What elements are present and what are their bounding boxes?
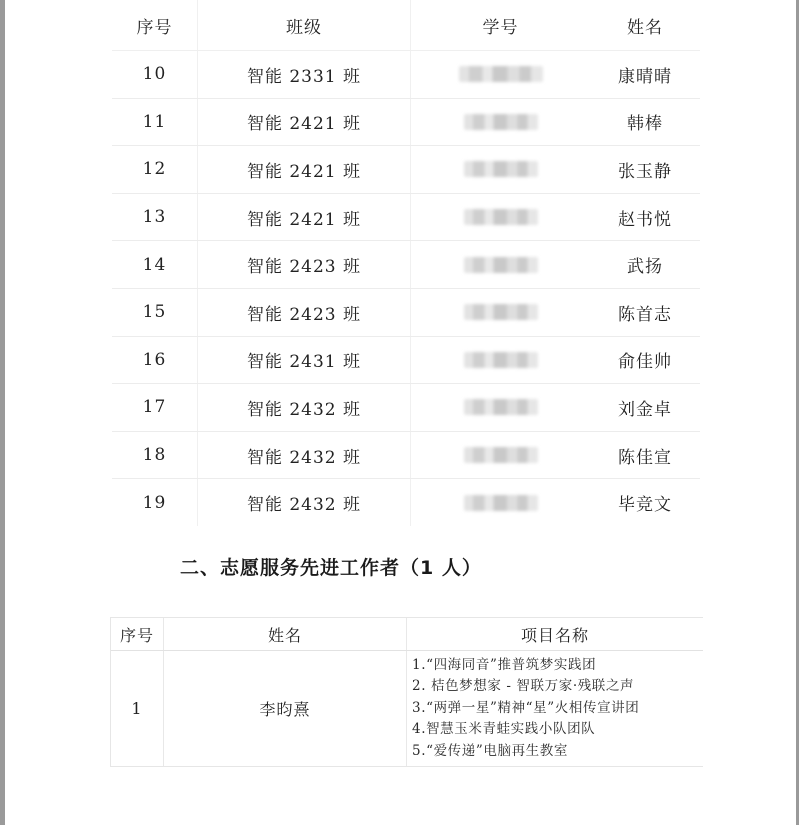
- table-row: 1 李昀熹 1.“四海同音”推普筑梦实践团 2. 桔色梦想家 - 智联万家·残联…: [111, 651, 703, 766]
- cell-index: 17: [112, 384, 197, 431]
- project-item: 2. 桔色梦想家 - 智联万家·残联之声: [412, 676, 634, 698]
- cell-index: 14: [112, 241, 197, 288]
- header-name: 姓名: [163, 618, 406, 650]
- cell-index: 15: [112, 289, 197, 336]
- header-index: 序号: [112, 0, 197, 50]
- cell-class: 智能 2423 班: [197, 241, 410, 288]
- cell-student-id: [410, 384, 590, 431]
- header-student-id: 学号: [410, 0, 590, 50]
- cell-name: 韩棒: [590, 99, 700, 146]
- cell-index: 18: [112, 432, 197, 479]
- redacted-student-id: [464, 495, 538, 511]
- redacted-student-id: [464, 209, 538, 225]
- table-header-row: 序号 姓名 项目名称: [111, 618, 703, 651]
- cell-project-list: 1.“四海同音”推普筑梦实践团 2. 桔色梦想家 - 智联万家·残联之声 3.“…: [406, 651, 703, 766]
- cell-name: 武扬: [590, 241, 700, 288]
- redacted-student-id: [464, 304, 538, 320]
- project-item: 3.“两弹一星”精神“星”火相传宣讲团: [412, 698, 639, 720]
- header-index: 序号: [111, 618, 163, 650]
- cell-index: 16: [112, 337, 197, 384]
- table-row: 11 智能 2421 班 韩棒: [112, 99, 700, 147]
- cell-class: 智能 2431 班: [197, 337, 410, 384]
- cell-name: 陈首志: [590, 289, 700, 336]
- project-item: 5.“爱传递”电脑再生教室: [412, 741, 568, 763]
- table-row: 15 智能 2423 班 陈首志: [112, 289, 700, 337]
- section-heading: 二、志愿服务先进工作者（1 人）: [180, 553, 482, 580]
- cell-class: 智能 2421 班: [197, 194, 410, 241]
- cell-class: 智能 2432 班: [197, 384, 410, 431]
- cell-student-id: [410, 51, 590, 98]
- header-name: 姓名: [590, 0, 700, 50]
- redacted-student-id: [459, 66, 543, 82]
- cell-name: 张玉静: [590, 146, 700, 193]
- project-item: 4.智慧玉米青蛙实践小队团队: [412, 719, 595, 741]
- redacted-student-id: [464, 257, 538, 273]
- cell-student-id: [410, 241, 590, 288]
- redacted-student-id: [464, 352, 538, 368]
- cell-name: 毕竞文: [590, 479, 700, 526]
- cell-index: 10: [112, 51, 197, 98]
- table-row: 16 智能 2431 班 俞佳帅: [112, 337, 700, 385]
- header-class: 班级: [197, 0, 410, 50]
- cell-student-id: [410, 432, 590, 479]
- cell-class: 智能 2421 班: [197, 99, 410, 146]
- redacted-student-id: [464, 114, 538, 130]
- redacted-student-id: [464, 399, 538, 415]
- cell-student-id: [410, 289, 590, 336]
- cell-index: 1: [111, 651, 163, 766]
- table-row: 17 智能 2432 班 刘金卓: [112, 384, 700, 432]
- award-students-table: 序号 班级 学号 姓名 10 智能 2331 班 康晴晴 11 智能 2421 …: [112, 0, 700, 526]
- redacted-student-id: [464, 447, 538, 463]
- cell-name: 刘金卓: [590, 384, 700, 431]
- cell-name: 陈佳宣: [590, 432, 700, 479]
- table-row: 12 智能 2421 班 张玉静: [112, 146, 700, 194]
- cell-index: 12: [112, 146, 197, 193]
- cell-name: 康晴晴: [590, 51, 700, 98]
- redacted-student-id: [464, 161, 538, 177]
- cell-student-id: [410, 146, 590, 193]
- cell-index: 11: [112, 99, 197, 146]
- cell-student-id: [410, 479, 590, 526]
- cell-student-id: [410, 337, 590, 384]
- cell-student-id: [410, 99, 590, 146]
- cell-student-id: [410, 194, 590, 241]
- table-row: 10 智能 2331 班 康晴晴: [112, 51, 700, 99]
- cell-index: 19: [112, 479, 197, 526]
- cell-name: 李昀熹: [163, 651, 406, 766]
- table-row: 14 智能 2423 班 武扬: [112, 241, 700, 289]
- table-row: 13 智能 2421 班 赵书悦: [112, 194, 700, 242]
- cell-class: 智能 2421 班: [197, 146, 410, 193]
- cell-class: 智能 2331 班: [197, 51, 410, 98]
- cell-name: 俞佳帅: [590, 337, 700, 384]
- table-header-row: 序号 班级 学号 姓名: [112, 0, 700, 51]
- volunteer-worker-table: 序号 姓名 项目名称 1 李昀熹 1.“四海同音”推普筑梦实践团 2. 桔色梦想…: [110, 617, 703, 767]
- table-row: 18 智能 2432 班 陈佳宣: [112, 432, 700, 480]
- cell-index: 13: [112, 194, 197, 241]
- project-item: 1.“四海同音”推普筑梦实践团: [412, 655, 596, 677]
- page-left-edge: [0, 0, 5, 825]
- cell-class: 智能 2423 班: [197, 289, 410, 336]
- header-project-name: 项目名称: [406, 618, 703, 650]
- cell-class: 智能 2432 班: [197, 479, 410, 526]
- table-row: 19 智能 2432 班 毕竞文: [112, 479, 700, 526]
- cell-class: 智能 2432 班: [197, 432, 410, 479]
- cell-name: 赵书悦: [590, 194, 700, 241]
